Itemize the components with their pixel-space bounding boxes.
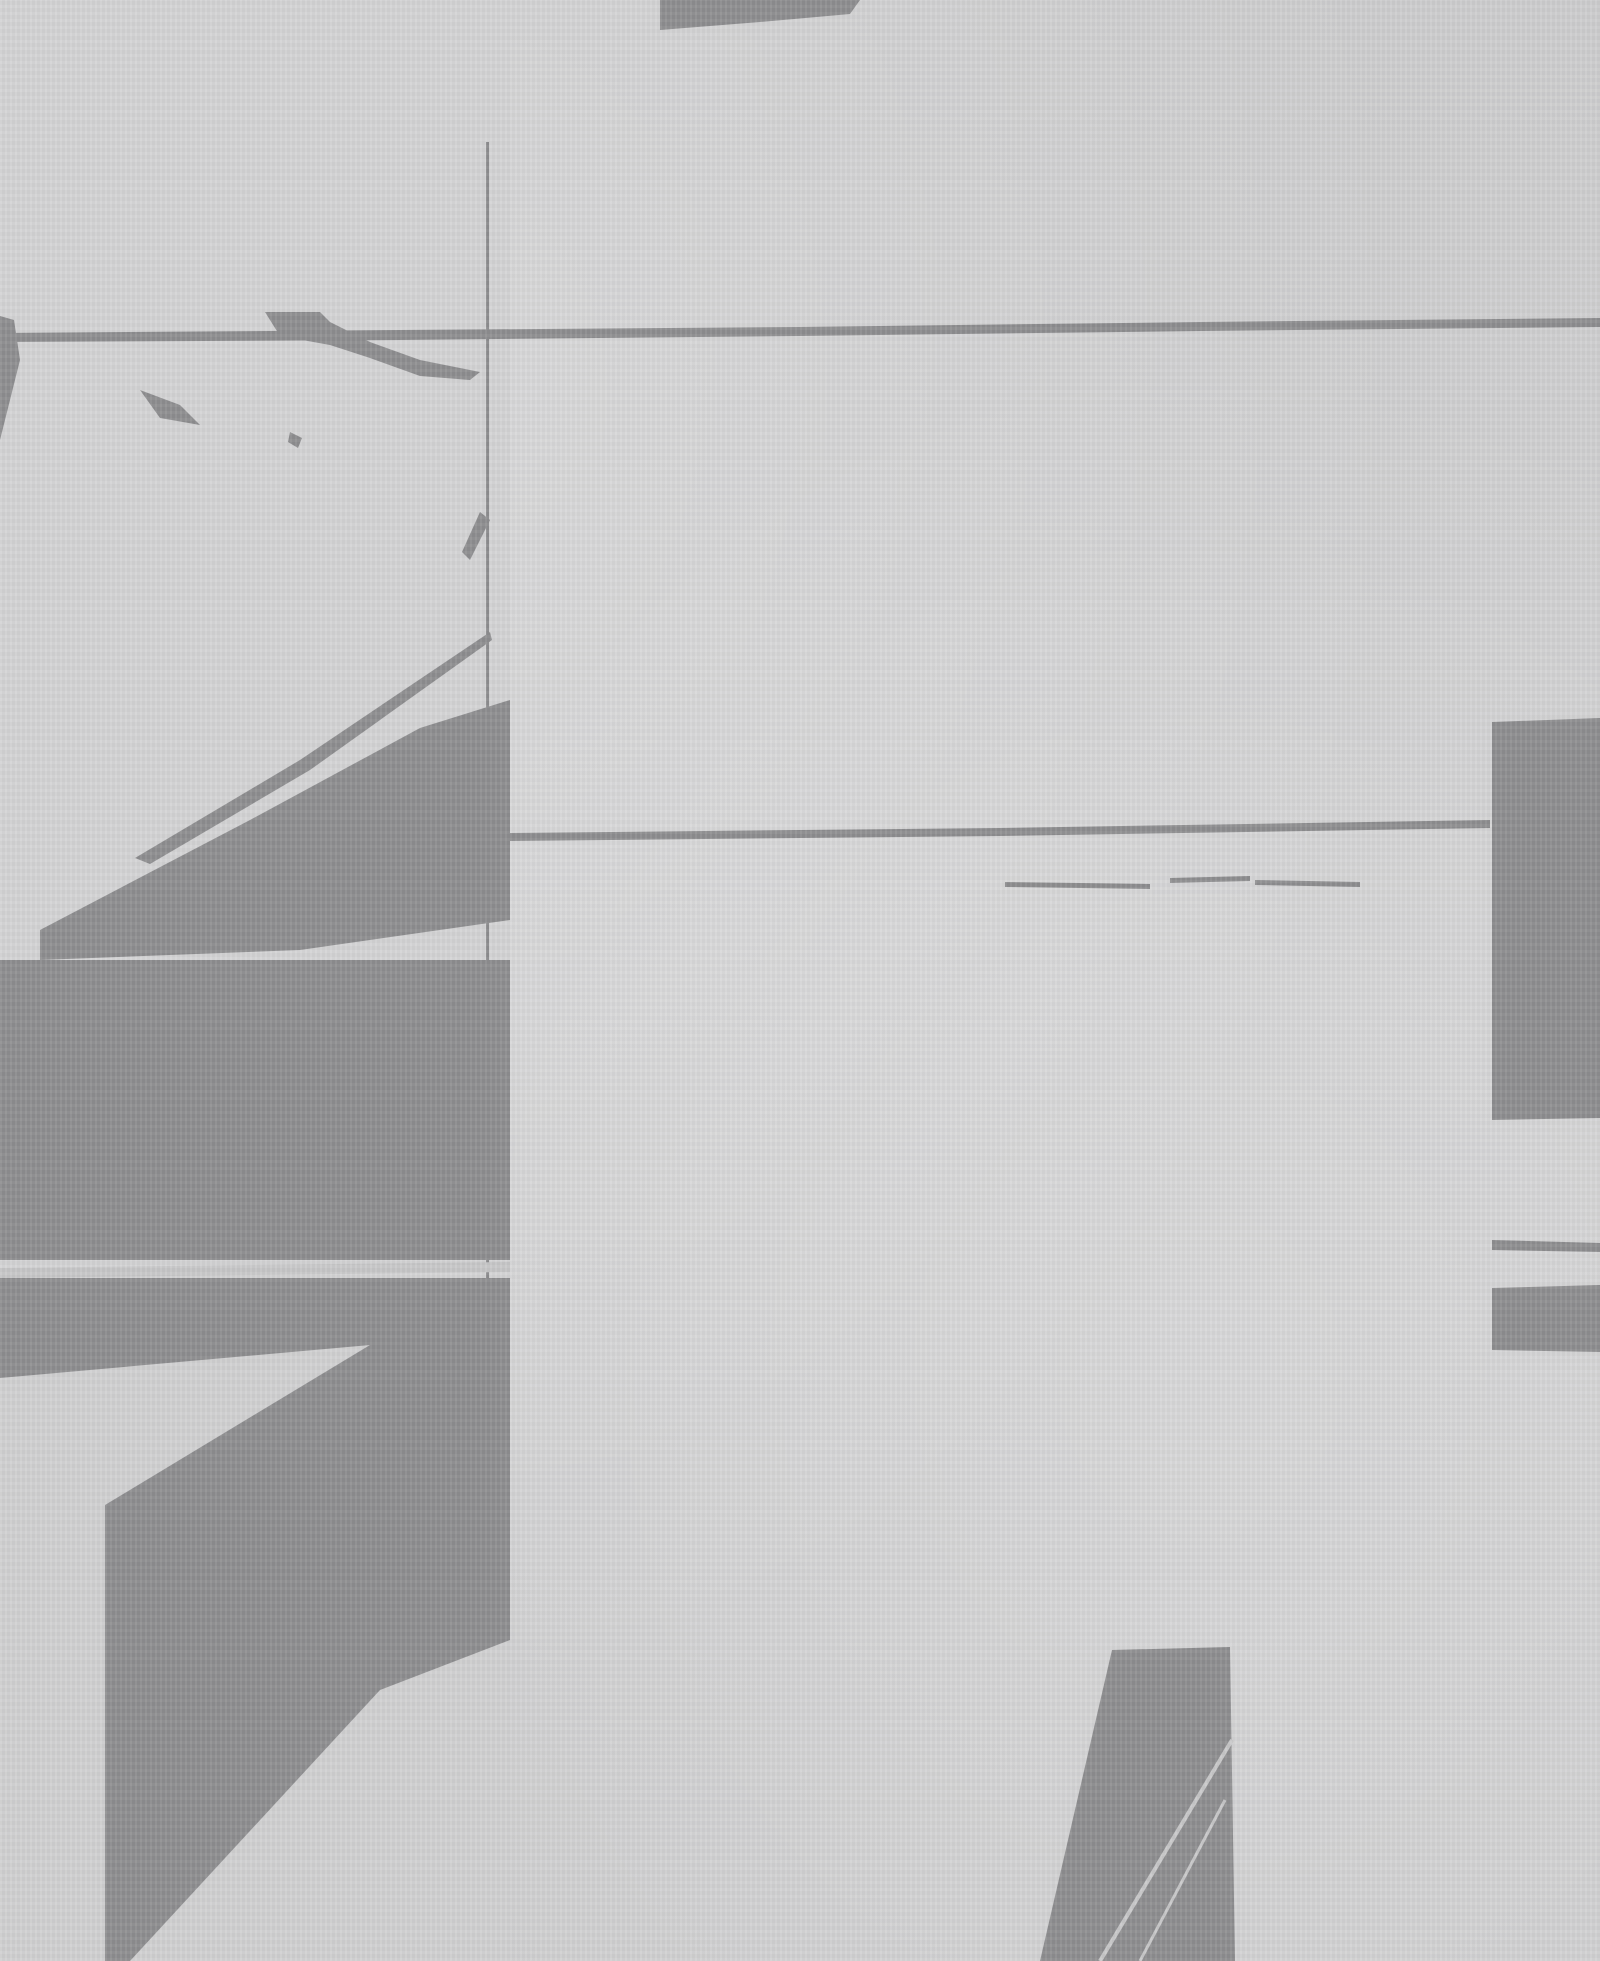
right-stripe [1492,1240,1600,1252]
dash-line [1170,876,1250,883]
abstract-artwork [0,0,1600,1961]
bottom-pillar [1040,1647,1235,1961]
right-block [1492,718,1600,1120]
artwork-shapes [0,0,1600,1961]
mid-horizon-line [510,820,1490,841]
dash-line [1255,880,1360,887]
dark-field [0,960,510,1260]
right-block-lower [1492,1285,1600,1352]
top-block [660,0,860,30]
dash-line [1005,882,1150,889]
